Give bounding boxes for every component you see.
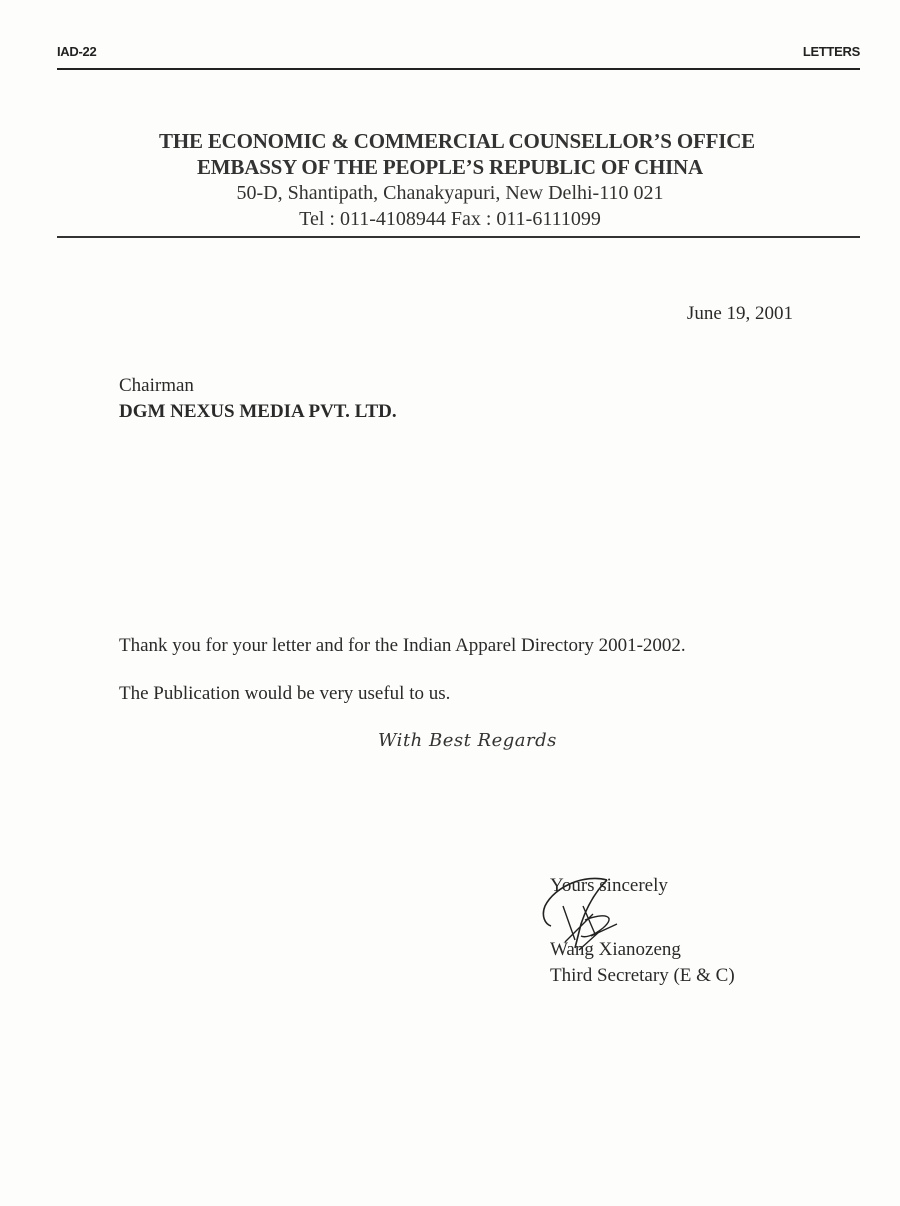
letterhead: THE ECONOMIC & COMMERCIAL COUNSELLOR’S O… bbox=[0, 128, 900, 232]
body-paragraph: The Publication would be very useful to … bbox=[119, 683, 450, 705]
letter-date: June 19, 2001 bbox=[687, 303, 793, 325]
page-number: IAD-22 bbox=[57, 44, 96, 59]
signatory-designation: Third Secretary (E & C) bbox=[550, 963, 735, 989]
letterhead-address: 50-D, Shantipath, Chanakyapuri, New Delh… bbox=[0, 180, 900, 206]
closing-salutation: Yours sincerely bbox=[550, 873, 735, 899]
letterhead-office: THE ECONOMIC & COMMERCIAL COUNSELLOR’S O… bbox=[0, 128, 900, 154]
header-rule bbox=[57, 68, 860, 70]
letterhead-rule bbox=[57, 236, 860, 238]
addressee-title: Chairman bbox=[119, 373, 397, 399]
addressee: Chairman DGM NEXUS MEDIA PVT. LTD. bbox=[119, 373, 397, 425]
body-paragraph: Thank you for your letter and for the In… bbox=[119, 635, 686, 657]
letterhead-contact: Tel : 011-4108944 Fax : 011-6111099 bbox=[0, 206, 900, 232]
section-title: LETTERS bbox=[803, 44, 860, 59]
closing-block: Yours sincerely Wang Xianozeng Third Sec… bbox=[550, 873, 735, 989]
signatory-name: Wang Xianozeng bbox=[550, 937, 735, 963]
letterhead-embassy: EMBASSY OF THE PEOPLE’S REPUBLIC OF CHIN… bbox=[0, 154, 900, 180]
regards: With Best Regards bbox=[378, 730, 557, 751]
addressee-company: DGM NEXUS MEDIA PVT. LTD. bbox=[119, 399, 397, 425]
